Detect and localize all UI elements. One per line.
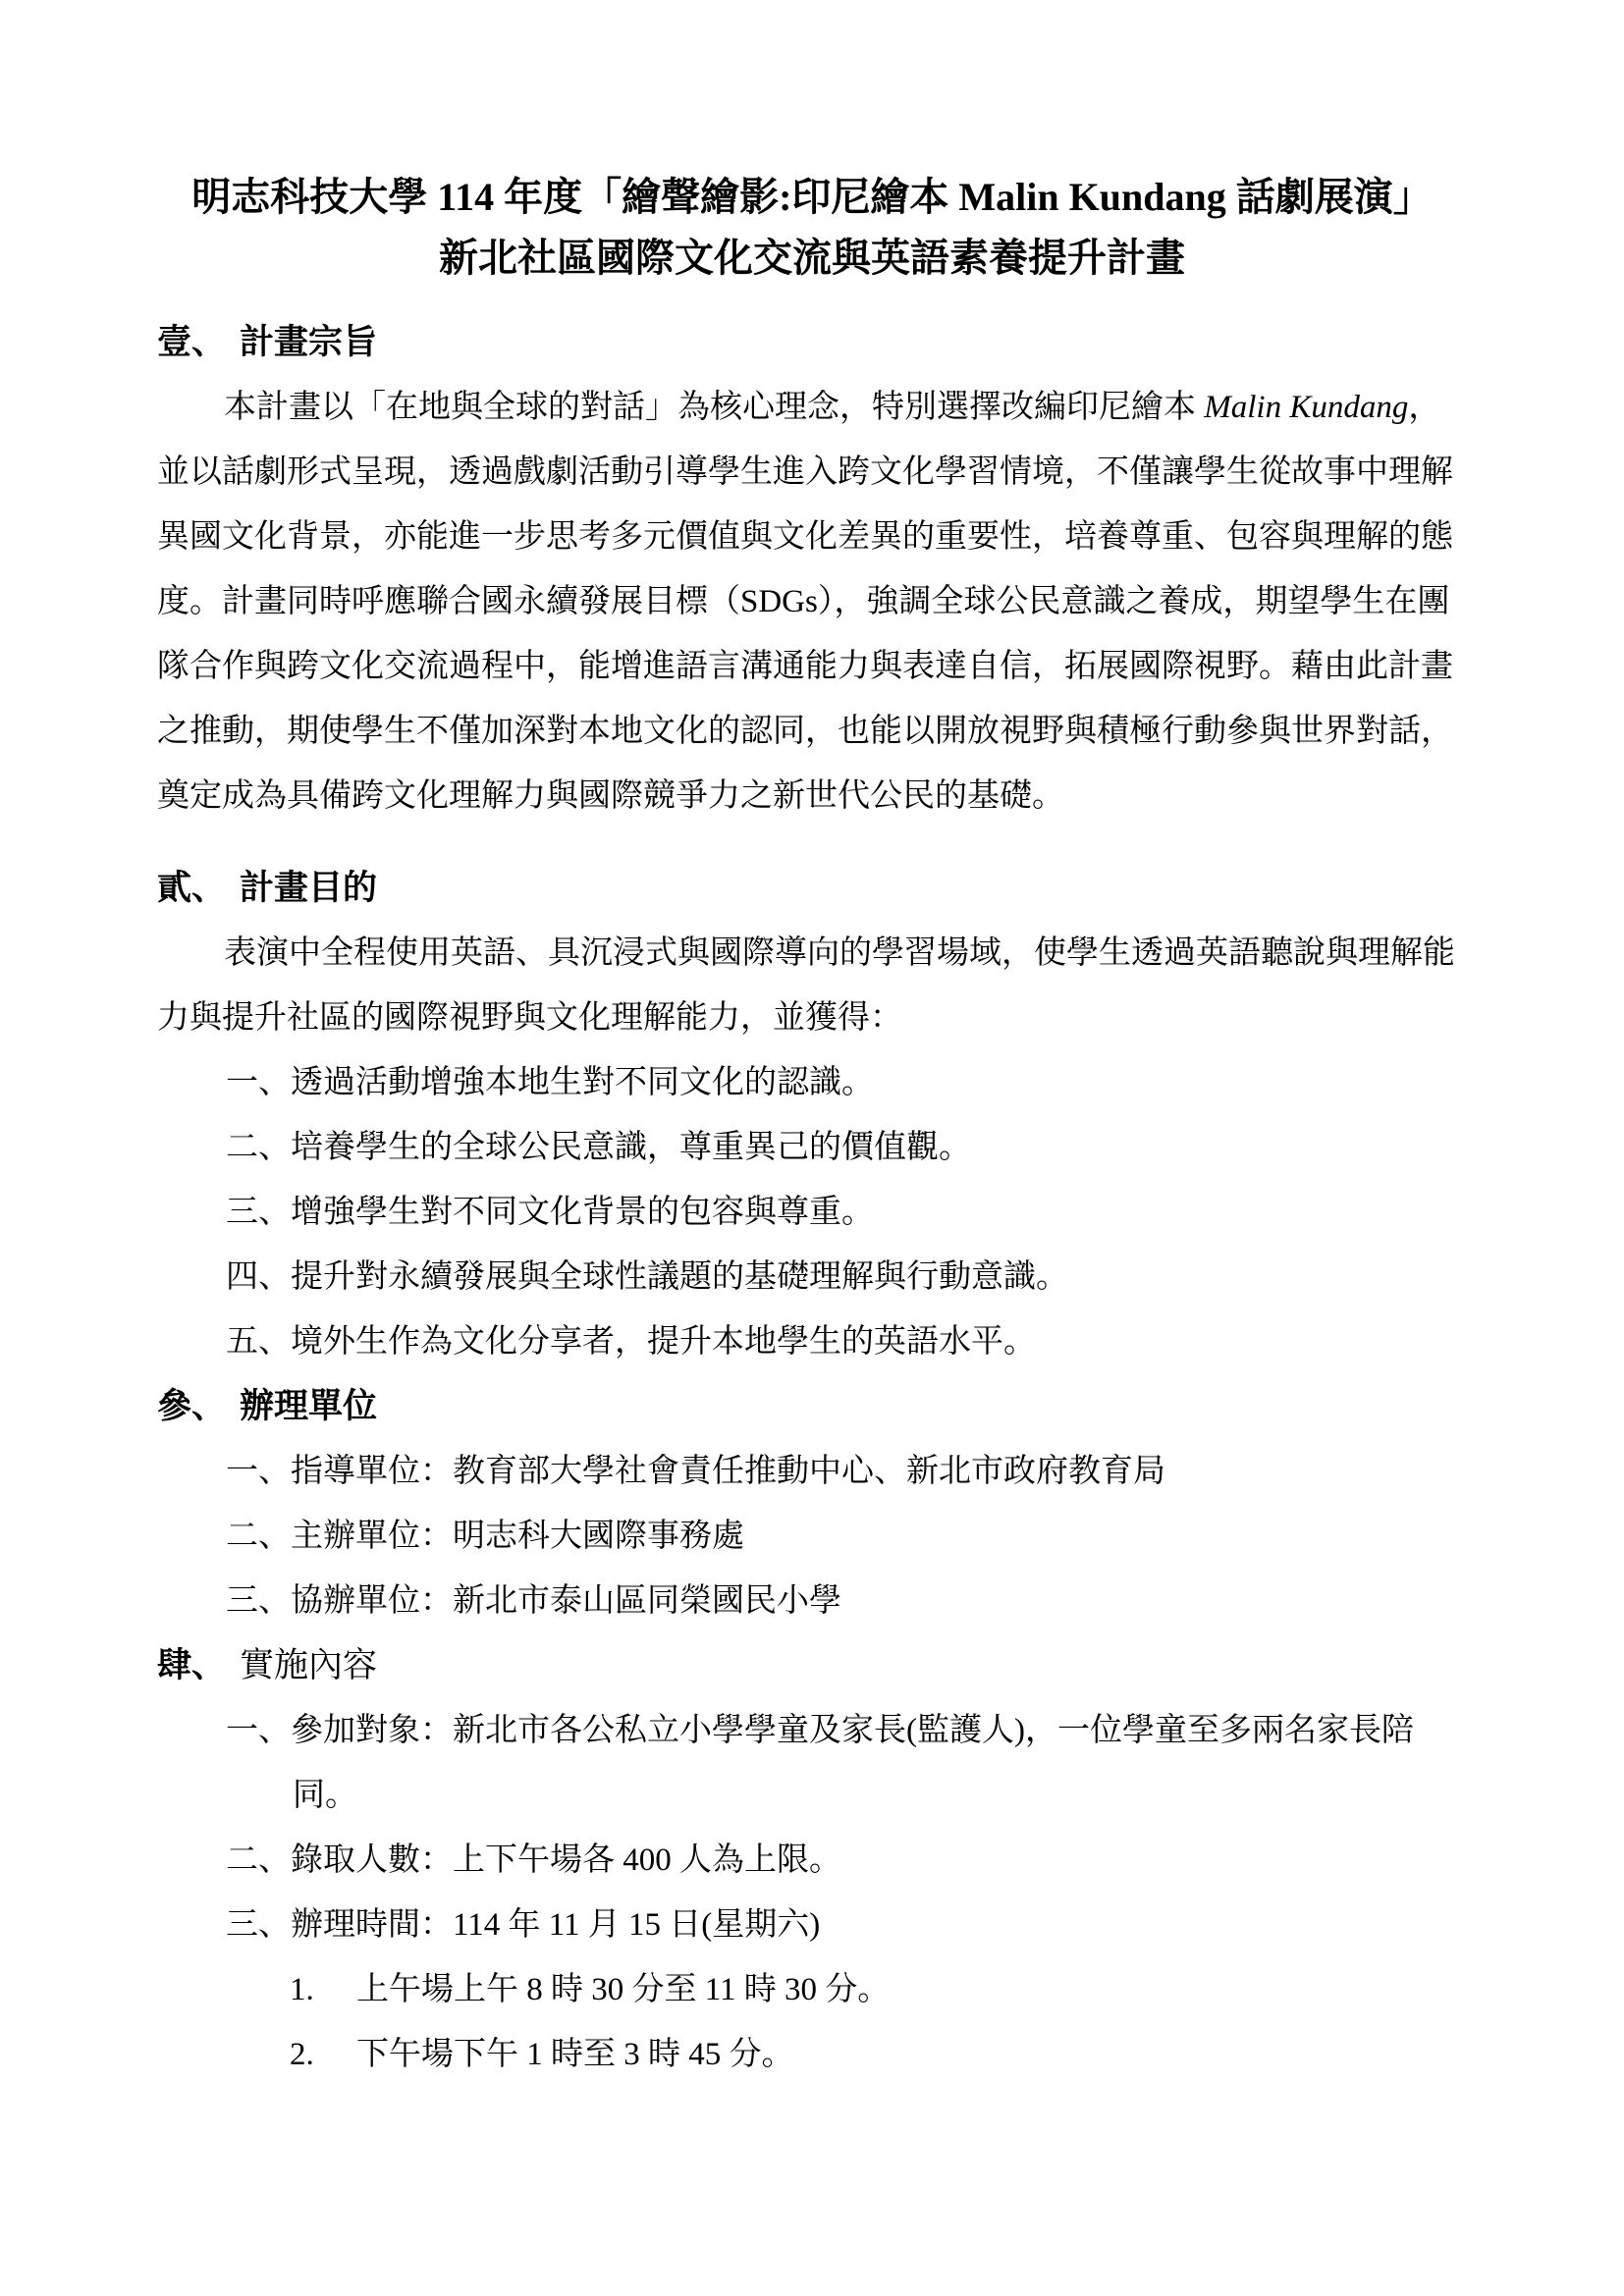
section1-label: 壹、: [157, 310, 240, 375]
subitem-number: 2.: [290, 2022, 356, 2087]
section2-label: 貳、: [157, 856, 240, 921]
doc-title-line1: 明志科技大學 114 年度「繪聲繪影:印尼繪本 Malin Kundang 話劇…: [157, 167, 1467, 228]
section4-label: 肆、: [157, 1633, 240, 1698]
list-item: 二、錄取人數：上下午場各 400 人為上限。: [157, 1828, 1467, 1893]
body-line: 表演中全程使用英語、具沉浸式與國際導向的學習場域，使學生透過英語聽說與理解能: [157, 921, 1467, 986]
list-item: 五、境外生作為文化分享者，提升本地學生的英語水平。: [157, 1309, 1467, 1374]
list-item: 三、協辦單位：新北市泰山區同榮國民小學: [157, 1569, 1467, 1633]
list-item: 一、參加對象：新北市各公私立小學學童及家長(監護人)，一位學童至多兩名家長陪: [157, 1698, 1467, 1763]
list-item: 四、提升對永續發展與全球性議題的基礎理解與行動意識。: [157, 1245, 1467, 1309]
list-item: 一、指導單位：教育部大學社會責任推動中心、新北市政府教育局: [157, 1439, 1467, 1504]
body-line: 本計畫以「在地與全球的對話」為核心理念，特別選擇改編印尼繪本 Malin Kun…: [157, 375, 1467, 440]
body-line: 之推動，期使學生不僅加深對本地文化的認同，也能以開放視野與積極行動參與世界對話，: [157, 699, 1467, 764]
doc-title-line2: 新北社區國際文化交流與英語素養提升計畫: [157, 228, 1467, 289]
list-item: 三、增強學生對不同文化背景的包容與尊重。: [157, 1180, 1467, 1245]
numbered-subitem: 1.上午場上午 8 時 30 分至 11 時 30 分。: [157, 1957, 1467, 2022]
list-item: 一、透過活動增強本地生對不同文化的認識。: [157, 1050, 1467, 1115]
body-text: ，: [1408, 390, 1440, 425]
body-line: 奠定成為具備跨文化理解力與國際競爭力之新世代公民的基礎。: [157, 764, 1467, 828]
body-line: 度。計畫同時呼應聯合國永續發展目標（SDGs），強調全球公民意識之養成，期望學生…: [157, 569, 1467, 634]
list-item: 三、辦理時間：114 年 11 月 15 日(星期六): [157, 1893, 1467, 1957]
body-line: 異國文化背景，亦能進一步思考多元價值與文化差異的重要性，培養尊重、包容與理解的態: [157, 505, 1467, 569]
list-item-wrap: 同。: [157, 1763, 1467, 1828]
section1-heading-text: 計畫宗旨: [240, 323, 377, 361]
body-line: 力與提升社區的國際視野與文化理解能力，並獲得：: [157, 986, 1467, 1050]
subitem-text: 上午場上午 8 時 30 分至 11 時 30 分。: [356, 1972, 890, 2007]
section2-heading: 貳、計畫目的: [157, 856, 1467, 921]
document-page: 明志科技大學 114 年度「繪聲繪影:印尼繪本 Malin Kundang 話劇…: [0, 0, 1624, 2296]
section2-heading-text: 計畫目的: [240, 869, 377, 907]
section4-heading-text: 實施內容: [240, 1646, 377, 1684]
book-title-italic: Malin Kundang: [1204, 390, 1408, 425]
section4-heading: 肆、實施內容: [157, 1633, 1467, 1698]
section3-heading: 參、辦理單位: [157, 1374, 1467, 1439]
list-item: 二、主辦單位：明志科大國際事務處: [157, 1504, 1467, 1569]
subitem-number: 1.: [290, 1957, 356, 2022]
section1-heading: 壹、計畫宗旨: [157, 310, 1467, 375]
numbered-subitem: 2.下午場下午 1 時至 3 時 45 分。: [157, 2022, 1467, 2087]
body-line: 隊合作與跨文化交流過程中，能增進語言溝通能力與表達自信，拓展國際視野。藉由此計畫: [157, 634, 1467, 699]
document-content: 明志科技大學 114 年度「繪聲繪影:印尼繪本 Malin Kundang 話劇…: [0, 0, 1624, 2087]
section3-label: 參、: [157, 1374, 240, 1439]
list-item: 二、培養學生的全球公民意識，尊重異己的價值觀。: [157, 1115, 1467, 1180]
section3-heading-text: 辦理單位: [240, 1387, 377, 1425]
body-text: 本計畫以「在地與全球的對話」為核心理念，特別選擇改編印尼繪本: [224, 390, 1204, 425]
body-line: 並以話劇形式呈現，透過戲劇活動引導學生進入跨文化學習情境，不僅讓學生從故事中理解: [157, 440, 1467, 505]
subitem-text: 下午場下午 1 時至 3 時 45 分。: [356, 2037, 794, 2072]
